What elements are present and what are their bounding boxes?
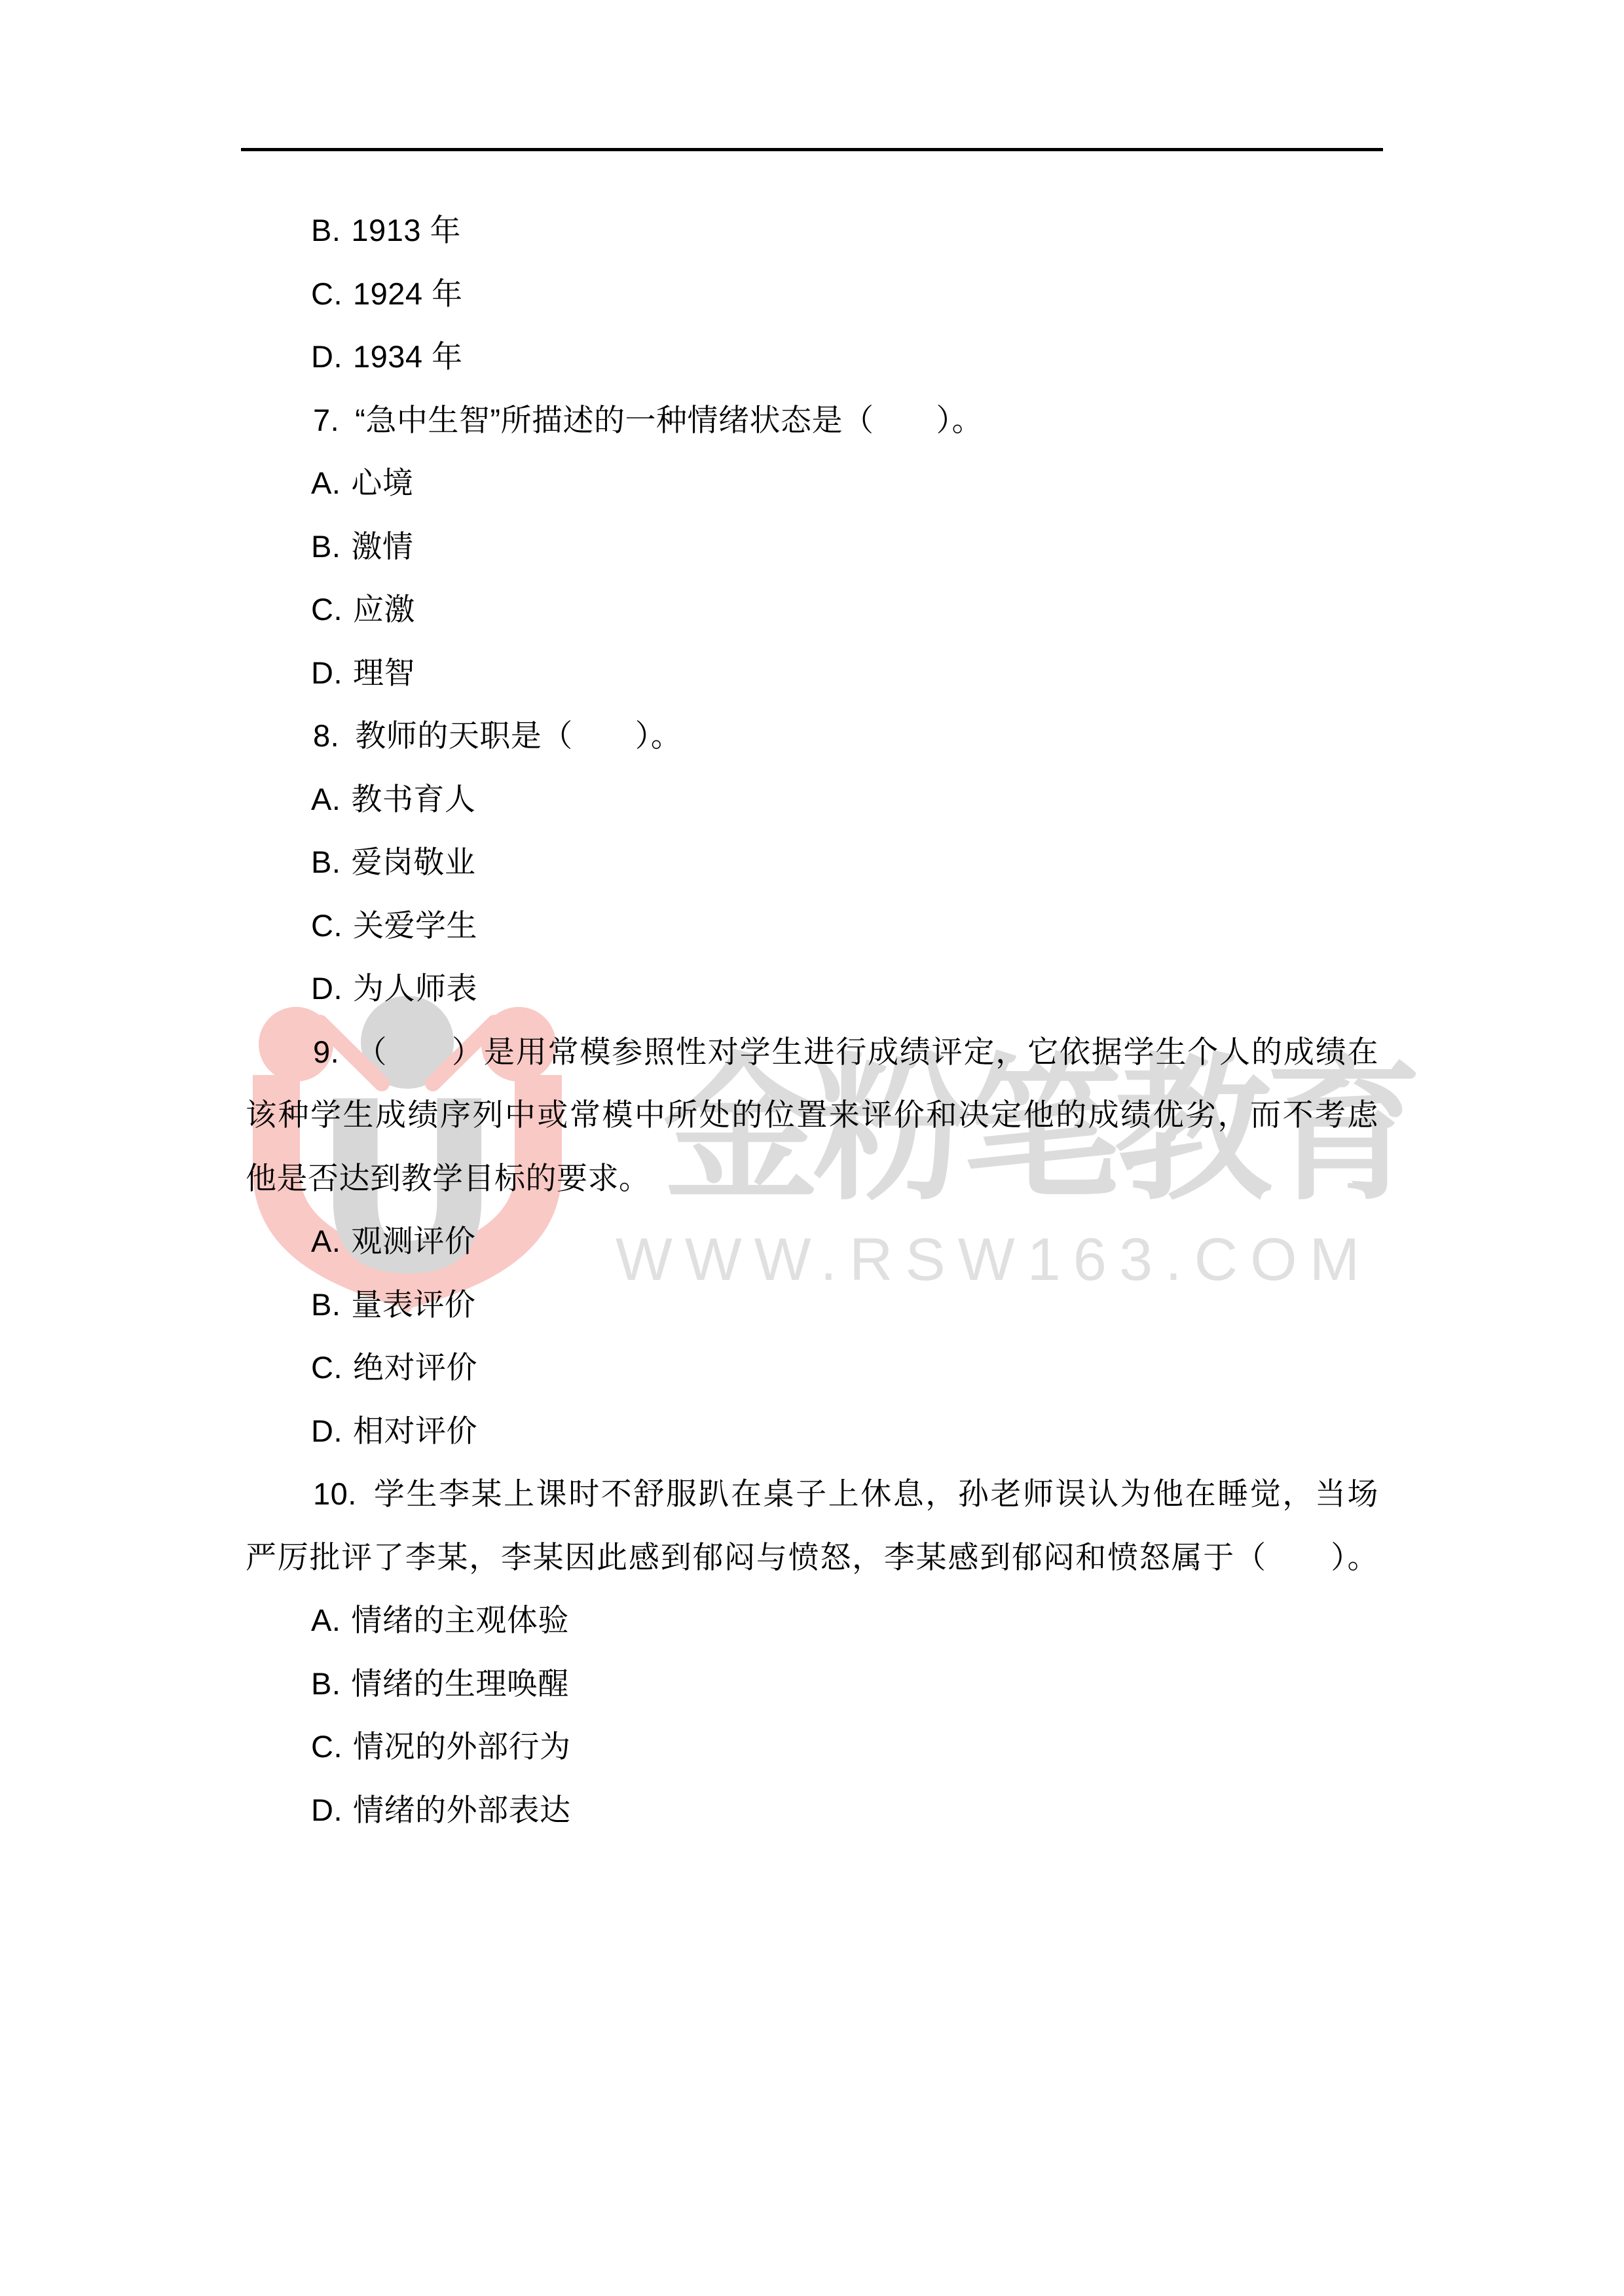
option-label: C.: [311, 276, 342, 311]
question-stem-text: 教师的天职是（ ）。: [355, 718, 682, 753]
option-text: 情绪的外部表达: [353, 1793, 571, 1827]
option-row: C.应激: [311, 592, 415, 627]
option-row: C.1924 年: [311, 277, 463, 311]
option-label: C.: [311, 592, 342, 627]
option-text: 相对评价: [353, 1413, 477, 1448]
option-text: 情绪的生理唤醒: [351, 1666, 569, 1701]
option-label: A.: [311, 465, 341, 500]
option-row: C.情况的外部行为: [311, 1730, 571, 1764]
option-row: B.激情: [311, 530, 413, 564]
option-label: D.: [311, 971, 342, 1006]
option-row: D.相对评价: [311, 1414, 477, 1448]
question-10-stem-line-1: 10.学生李某上课时不舒服趴在桌子上休息，孙老师误认为他在睡觉，当场: [313, 1477, 1378, 1511]
exam-paper-page: U 金粉笔教育 WWW.RSW163.COM B.1913 年 C.1924 年…: [0, 0, 1624, 2296]
option-row: A.观测评价: [311, 1224, 475, 1258]
question-7-stem: 7.“急中生智”所描述的一种情绪状态是（ ）。: [313, 403, 983, 437]
option-row: A.教书育人: [311, 782, 475, 816]
option-label: A.: [311, 782, 341, 816]
option-row: C.绝对评价: [311, 1351, 477, 1385]
option-label: B.: [311, 1666, 341, 1701]
option-row: B.情绪的生理唤醒: [311, 1667, 569, 1701]
option-text: 心境: [351, 465, 413, 500]
option-row: D.理智: [311, 656, 415, 690]
option-text: 量表评价: [351, 1287, 475, 1322]
option-label: D.: [311, 339, 342, 374]
question-10-stem-line-2: 严厉批评了李某，李某因此感到郁闷与愤怒，李某感到郁闷和愤怒属于（ ）。: [246, 1540, 1378, 1575]
question-9-stem-line-2: 该种学生成绩序列中或常模中所处的位置来评价和决定他的成绩优劣，而不考虑: [246, 1098, 1378, 1132]
option-row: C.关爱学生: [311, 909, 477, 943]
option-text: 激情: [351, 529, 413, 564]
option-label: B.: [311, 845, 341, 879]
question-stem-text: 学生李某上课时不舒服趴在桌子上休息，孙老师误认为他在睡觉，当场: [373, 1476, 1378, 1511]
option-label: B.: [311, 213, 341, 247]
option-row: D.1934 年: [311, 340, 463, 374]
option-row: D.为人师表: [311, 972, 477, 1006]
option-text: 关爱学生: [353, 908, 477, 943]
option-label: A.: [311, 1603, 341, 1637]
document-text-layer: B.1913 年 C.1924 年 D.1934 年 7.“急中生智”所描述的一…: [0, 0, 1624, 2296]
page-header-rule: [241, 148, 1383, 151]
option-label: A.: [311, 1224, 341, 1258]
option-text: 观测评价: [351, 1224, 475, 1258]
question-stem-text: “急中生智”所描述的一种情绪状态是（ ）。: [355, 403, 983, 437]
question-stem-text: 严厉批评了李某，李某因此感到郁闷与愤怒，李某感到郁闷和愤怒属于（ ）。: [246, 1540, 1378, 1575]
option-text: 1913 年: [351, 213, 461, 247]
option-text: 情绪的主观体验: [351, 1603, 569, 1637]
question-9-stem-line-3: 他是否达到教学目标的要求。: [246, 1161, 650, 1195]
option-label: D.: [311, 1793, 342, 1827]
option-row: B.1913 年: [311, 213, 461, 247]
option-row: A.心境: [311, 466, 413, 500]
option-text: 爱岗敬业: [351, 845, 475, 879]
option-label: D.: [311, 655, 342, 690]
option-text: 情况的外部行为: [353, 1729, 571, 1764]
question-stem-text: 该种学生成绩序列中或常模中所处的位置来评价和决定他的成绩优劣，而不考虑: [246, 1097, 1378, 1132]
question-number: 10.: [313, 1476, 357, 1511]
option-row: A.情绪的主观体验: [311, 1603, 569, 1637]
question-stem-text: （ ）是用常模参照性对学生进行成绩评定，它依据学生个人的成绩在: [355, 1034, 1378, 1069]
option-label: C.: [311, 908, 342, 943]
option-label: C.: [311, 1350, 342, 1385]
option-row: B.爱岗敬业: [311, 845, 475, 879]
question-number: 9.: [313, 1034, 339, 1069]
option-label: B.: [311, 1287, 341, 1322]
option-text: 绝对评价: [353, 1350, 477, 1385]
option-label: D.: [311, 1413, 342, 1448]
option-text: 1924 年: [353, 276, 463, 311]
question-stem-text: 他是否达到教学目标的要求。: [246, 1161, 650, 1195]
option-text: 为人师表: [353, 971, 477, 1006]
question-number: 7.: [313, 403, 339, 437]
option-row: D.情绪的外部表达: [311, 1793, 571, 1827]
question-number: 8.: [313, 718, 339, 753]
question-9-stem-line-1: 9.（ ）是用常模参照性对学生进行成绩评定，它依据学生个人的成绩在: [313, 1035, 1378, 1069]
option-row: B.量表评价: [311, 1288, 475, 1322]
option-text: 1934 年: [353, 339, 463, 374]
option-label: B.: [311, 529, 341, 564]
option-text: 应激: [353, 592, 415, 627]
option-label: C.: [311, 1729, 342, 1764]
option-text: 理智: [353, 655, 415, 690]
question-8-stem: 8.教师的天职是（ ）。: [313, 719, 682, 753]
option-text: 教书育人: [351, 782, 475, 816]
